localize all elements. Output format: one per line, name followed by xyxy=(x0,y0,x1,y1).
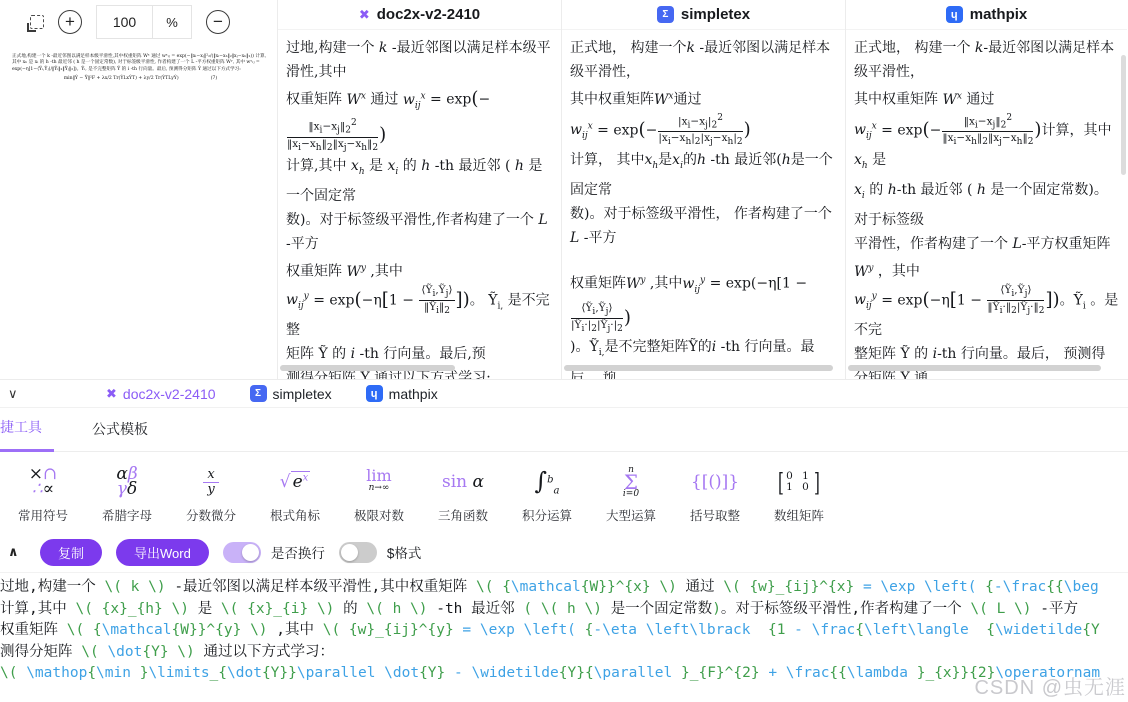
palette-glyph: [0 11 0] xyxy=(772,460,826,504)
zoom-toolbar: + % − xyxy=(0,0,277,44)
wrap-toggle-label: 是否换行 xyxy=(271,542,325,562)
palette-item[interactable]: √ex根式角标 xyxy=(268,460,322,524)
formula-line: 计算,其中 xh 是 xi 的 h -th 最近邻 ( h 是一个固定常 xyxy=(286,154,553,208)
palette-label: 大型运算 xyxy=(604,506,658,524)
palette-label: 分数微分 xyxy=(184,506,238,524)
column-header: ✖ doc2x-v2-2410 xyxy=(278,0,561,30)
formula-line xyxy=(570,250,837,268)
symbol-palette: ×∩∴∝常用符号αβγδ希腊字母xy分数微分√ex根式角标limn→∞极限对数s… xyxy=(0,452,1128,532)
palette-label: 希腊字母 xyxy=(100,506,154,524)
formula-line: 权重矩阵Wy ,其中wijy = exp(−η[1 − ⟨Ỹi,Ỹj⟩|Ỹi·|… xyxy=(570,268,837,335)
tab-label: doc2x-v2-2410 xyxy=(123,386,216,402)
tab-label: simpletex xyxy=(273,386,332,402)
mathpix-icon: ɥ xyxy=(946,6,963,23)
percent-label: % xyxy=(152,5,192,39)
formula-line: wijx = exp(−|xi−xj|22|xi−xh|2|xj−xh|2) xyxy=(570,112,837,149)
preview-paragraph: 正式地,构建一个 k -最近邻图以满足样本级平滑性,其中权重矩阵 Wˣ 通过 w… xyxy=(12,54,269,73)
zoom-out-button[interactable]: − xyxy=(206,10,230,34)
palette-glyph: {[()]} xyxy=(688,460,742,504)
palette-glyph: sin α xyxy=(436,460,490,504)
mathpix-icon: ɥ xyxy=(366,385,383,402)
code-line: 过地,构建一个 \( k \) -最近邻图以满足样本级平滑性,其中权重矩阵 \(… xyxy=(0,577,1128,599)
column-header: ɥ mathpix xyxy=(846,0,1127,30)
palette-item[interactable]: limn→∞极限对数 xyxy=(352,460,406,524)
column-title: simpletex xyxy=(681,6,750,23)
palette-item[interactable]: ×∩∴∝常用符号 xyxy=(16,460,70,524)
simpletex-icon: Σ xyxy=(657,6,674,23)
preview-equation-number: (7) xyxy=(211,76,218,82)
document-preview: 正式地,构建一个 k -最近邻图以满足样本级平滑性,其中权重矩阵 Wˣ 通过 w… xyxy=(0,44,277,83)
palette-item[interactable]: {[()]}括号取整 xyxy=(688,460,742,524)
code-line: 权重矩阵 \( {\mathcal{W}}^{y} \) ,其中 \( {w}_… xyxy=(0,620,1128,642)
palette-label: 三角函数 xyxy=(436,506,490,524)
formula-line: wijy = exp(−η[1 − ⟨Ỹi,Ỹj⟩‖Ỹi·‖2|Ỹj·‖2])。… xyxy=(854,284,1119,342)
formula-line: 权重矩阵 Wy ,其中 xyxy=(286,256,553,284)
formula-line: 数)。对于标签级平滑性， 作者构建了一个L -平方 xyxy=(570,202,837,250)
tab-formula-templates[interactable]: 公式模板 xyxy=(80,419,160,451)
palette-glyph: limn→∞ xyxy=(352,460,406,504)
results-area: + % − 正式地,构建一个 k -最近邻图以满足样本级平滑性,其中权重矩阵 W… xyxy=(0,0,1128,380)
palette-glyph: xy xyxy=(184,460,238,504)
column-content: 正式地， 构建一个 k-最近邻图以满足样本级平滑性，其中权重矩阵 Wx 通过wi… xyxy=(846,30,1127,379)
zoom-in-button[interactable]: + xyxy=(58,10,82,34)
result-column-doc2x: ✖ doc2x-v2-2410 过地,构建一个 k -最近邻图以满足样本级平滑性… xyxy=(278,0,562,379)
result-column-simpletex: Σ simpletex 正式地， 构建一个k -最近邻图以满足样本级平滑性，其中… xyxy=(562,0,846,379)
column-content: 正式地， 构建一个k -最近邻图以满足样本级平滑性，其中权重矩阵Wx通过wijx… xyxy=(562,30,845,379)
wrap-toggle[interactable] xyxy=(223,542,261,563)
palette-label: 根式角标 xyxy=(268,506,322,524)
latex-code: 过地,构建一个 \( k \) -最近邻图以满足样本级平滑性,其中权重矩阵 \(… xyxy=(0,577,1128,685)
palette-glyph: αβγδ xyxy=(100,460,154,504)
latex-code-area[interactable]: 过地,构建一个 \( k \) -最近邻图以满足样本级平滑性,其中权重矩阵 \(… xyxy=(0,572,1128,702)
tab-label: mathpix xyxy=(389,386,438,402)
formula-line: xi 的 h-th 最近邻 ( h 是一个固定常数)。对于标签级 xyxy=(854,178,1119,232)
formula-line: 过地,构建一个 k -最近邻图以满足样本级平滑性,其中 xyxy=(286,36,553,84)
tool-tabs: 快捷工具 公式模板 xyxy=(0,408,1128,452)
export-word-button[interactable]: 导出Word xyxy=(116,539,209,566)
code-line: 计算,其中 \( {x}_{h} \) 是 \( {x}_{i} \) 的 \(… xyxy=(0,599,1128,621)
horizontal-scrollbar[interactable] xyxy=(280,365,455,371)
palette-glyph: ×∩∴∝ xyxy=(16,460,70,504)
chevron-down-icon[interactable]: ∨ xyxy=(8,386,28,402)
column-header: Σ simpletex xyxy=(562,0,845,30)
palette-label: 括号取整 xyxy=(688,506,742,524)
palette-item[interactable]: nΣi=0大型运算 xyxy=(604,460,658,524)
formula-line: 平滑性，作者构建了一个 L-平方权重矩阵 Wy ，其中 xyxy=(854,232,1119,284)
vertical-scrollbar[interactable] xyxy=(1121,55,1126,175)
formula-line: 数)。对于标签级平滑性,作者构建了一个 L -平方 xyxy=(286,208,553,256)
column-title: mathpix xyxy=(970,6,1028,23)
copy-button[interactable]: 复制 xyxy=(40,539,102,566)
palette-item[interactable]: xy分数微分 xyxy=(184,460,238,524)
horizontal-scrollbar[interactable] xyxy=(848,365,1101,371)
zoom-value-input[interactable] xyxy=(96,5,152,39)
palette-item[interactable]: αβγδ希腊字母 xyxy=(100,460,154,524)
palette-item[interactable]: ∫ba积分运算 xyxy=(520,460,574,524)
palette-label: 常用符号 xyxy=(16,506,70,524)
palette-glyph: √ex xyxy=(268,460,322,504)
horizontal-scrollbar[interactable] xyxy=(564,365,833,371)
formula-line: 计算， 其中xh是xi的h -th 最近邻(h是一个固定常 xyxy=(570,148,837,202)
formula-line: 整矩阵 Ỹ 的 i-th 行向量。最后， 预测得分矩阵 Ẏ 通 xyxy=(854,342,1119,379)
code-line: \( \mathop{\min }\limits_{\dot{Y}}\paral… xyxy=(0,663,1128,685)
chevron-up-icon[interactable]: ∧ xyxy=(8,544,26,560)
preview-equation: min‖Ẏ − Ỹ‖²F + λx/2 Tr(ẎLxẎT) + λy/2 Tr(… xyxy=(64,76,179,82)
formula-line: wijx = exp(−‖xi−xj‖22‖xi−xh‖2‖xj−xh‖2)计算… xyxy=(854,112,1119,178)
formula-line: wijy = exp(−η[1 − ⟨Ỹi,Ỹj⟩‖Ỹi‖2])。 Ỹi, 是不… xyxy=(286,284,553,342)
doc2x-icon: ✖ xyxy=(359,7,370,23)
tab-quick-tools[interactable]: 快捷工具 xyxy=(0,417,54,452)
doc2x-icon: ✖ xyxy=(106,386,117,402)
formula-line: 其中权重矩阵 Wx 通过 xyxy=(854,84,1119,112)
column-title: doc2x-v2-2410 xyxy=(377,6,480,23)
formula-line: 矩阵 Ỹ 的 i -th 行向量。最后,预 xyxy=(286,342,553,366)
palette-item[interactable]: sin α三角函数 xyxy=(436,460,490,524)
source-preview-panel: + % − 正式地,构建一个 k -最近邻图以满足样本级平滑性,其中权重矩阵 W… xyxy=(0,0,278,379)
column-content: 过地,构建一个 k -最近邻图以满足样本级平滑性,其中权重矩阵 Wx 通过 wi… xyxy=(278,30,561,379)
result-column-mathpix: ɥ mathpix 正式地， 构建一个 k-最近邻图以满足样本级平滑性，其中权重… xyxy=(846,0,1127,379)
palette-label: 积分运算 xyxy=(520,506,574,524)
formula-line: 其中权重矩阵Wx通过 xyxy=(570,84,837,112)
palette-glyph: nΣi=0 xyxy=(604,460,658,504)
code-line: 测得分矩阵 \( \dot{Y} \) 通过以下方式学习： xyxy=(0,642,1128,664)
tab-simpletex[interactable]: Σ simpletex xyxy=(250,385,332,402)
palette-glyph: ∫ba xyxy=(520,460,574,504)
tab-doc2x[interactable]: ✖ doc2x-v2-2410 xyxy=(106,386,216,402)
engine-tabbar: ∨ ✖ doc2x-v2-2410 Σ simpletex ɥ mathpix xyxy=(0,380,1128,408)
crop-icon[interactable] xyxy=(30,15,44,29)
palette-label: 极限对数 xyxy=(352,506,406,524)
action-bar: ∧ 复制 导出Word 是否换行 $格式 xyxy=(0,532,1128,572)
simpletex-icon: Σ xyxy=(250,385,267,402)
formula-line: 权重矩阵 Wx 通过 wijx = exp(−‖xi−xj‖22‖xi−xh‖2… xyxy=(286,84,553,154)
palette-item[interactable]: [0 11 0]数组矩阵 xyxy=(772,460,826,524)
dollar-format-toggle[interactable] xyxy=(339,542,377,563)
formula-line: )。Ỹi,是不完整矩阵Ỹ的i -th 行向量。最后， 预 xyxy=(570,335,837,379)
palette-label: 数组矩阵 xyxy=(772,506,826,524)
dollar-format-label: $格式 xyxy=(387,542,422,562)
tab-mathpix[interactable]: ɥ mathpix xyxy=(366,385,438,402)
formula-line: 正式地， 构建一个k -最近邻图以满足样本级平滑性， xyxy=(570,36,837,84)
formula-line: 正式地， 构建一个 k-最近邻图以满足样本级平滑性， xyxy=(854,36,1119,84)
